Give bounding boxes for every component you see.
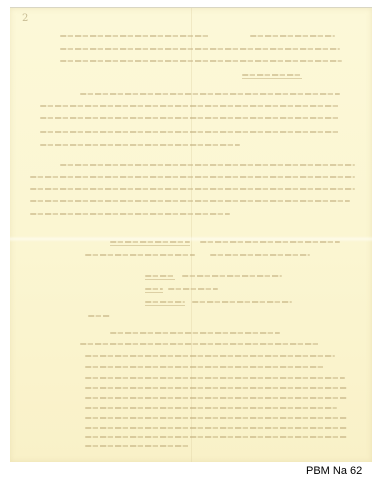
text-line [110, 332, 280, 334]
list-entry [85, 254, 195, 256]
list-entry [168, 288, 218, 290]
list-entry [210, 254, 310, 256]
list-entry [145, 288, 163, 290]
list-entry [145, 275, 175, 277]
text-line [30, 213, 230, 215]
text-line [60, 35, 210, 37]
text-line [85, 355, 335, 357]
document-page: 2 [10, 7, 372, 462]
signature-line [242, 74, 302, 76]
text-line [85, 377, 345, 379]
section-heading [88, 315, 110, 317]
text-line [85, 387, 347, 389]
text-line [40, 131, 340, 133]
list-entry [200, 241, 340, 243]
text-line [80, 343, 320, 345]
archive-reference-caption: PBM Na 62 [306, 465, 362, 477]
text-line [40, 144, 240, 146]
text-line [60, 48, 340, 50]
text-line [30, 200, 350, 202]
paper-fold-vertical [191, 8, 192, 462]
text-line [40, 105, 340, 107]
list-entry [110, 241, 190, 243]
text-line [250, 35, 335, 37]
text-line [85, 397, 347, 399]
text-line [85, 366, 325, 368]
text-line [30, 176, 355, 178]
page-number-mark: 2 [22, 13, 28, 24]
text-line [85, 445, 190, 447]
list-entry [145, 301, 185, 303]
text-line [40, 117, 340, 119]
text-line [85, 407, 337, 409]
text-line [80, 93, 340, 95]
text-line [30, 188, 355, 190]
list-entry [182, 275, 282, 277]
text-line [60, 60, 342, 62]
text-line [85, 436, 347, 438]
text-line [85, 427, 347, 429]
text-line [60, 164, 355, 166]
text-line [85, 417, 347, 419]
list-entry [192, 301, 292, 303]
